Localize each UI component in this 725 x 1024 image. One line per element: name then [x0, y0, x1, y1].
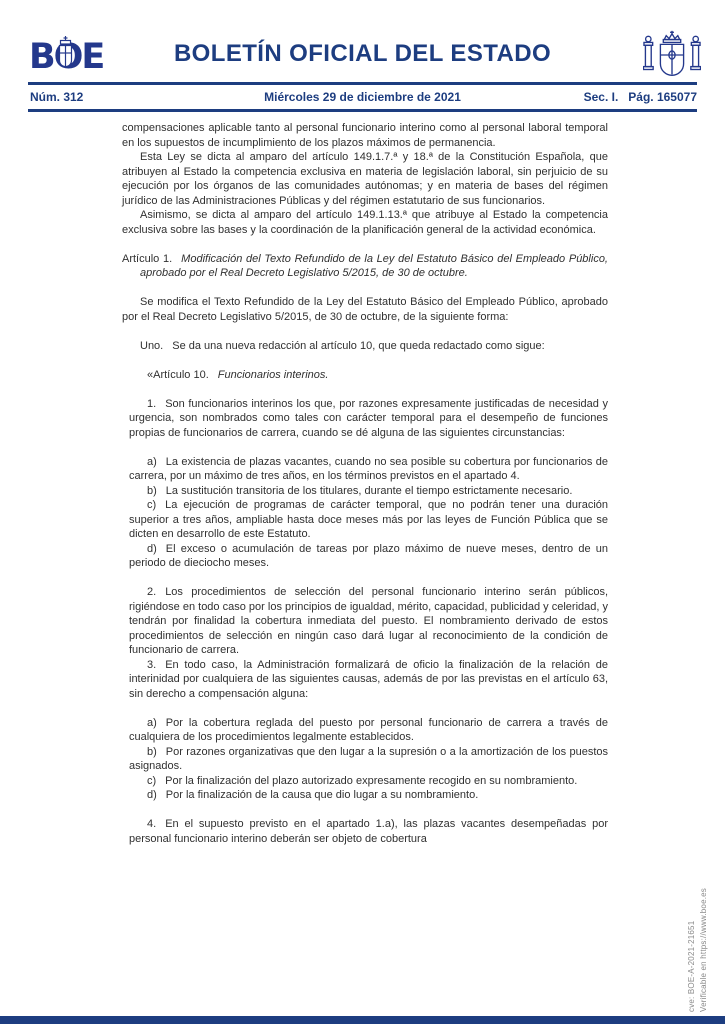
paragraph-text: En el supuesto previsto en el apartado 1… [129, 818, 608, 845]
paragraph-label: Uno. [140, 340, 163, 352]
paragraph-text: El exceso o acumulación de tareas por pl… [129, 543, 608, 570]
paragraph-text: En todo caso, la Administración formaliz… [129, 659, 608, 700]
document-body: compensaciones aplicable tanto al person… [122, 121, 608, 846]
boe-document-page: BOE BOLETÍN OFICIAL DEL ESTADO [0, 0, 725, 1024]
paragraph-label: b) [147, 485, 157, 497]
header-rule-bottom [28, 109, 697, 112]
paragraph: 2.Los procedimientos de selección del pe… [129, 585, 608, 658]
paragraph: Se modifica el Texto Refundido de la Ley… [122, 295, 608, 324]
paragraph: d)Por la finalización de la causa que di… [129, 788, 608, 803]
paragraph-text: Son funcionarios interinos los que, por … [129, 398, 608, 439]
masthead-title: BOLETÍN OFICIAL DEL ESTADO [28, 40, 697, 68]
paragraph-label: «Artículo 10. [147, 369, 209, 381]
paragraph: c)Por la finalización del plazo autoriza… [129, 774, 608, 789]
spain-coat-of-arms-icon [643, 30, 701, 80]
paragraph: a)Por la cobertura reglada del puesto po… [129, 716, 608, 745]
paragraph-label: 1. [147, 398, 156, 410]
main-paragraphs: compensaciones aplicable tanto al person… [122, 121, 608, 353]
paragraph-label: b) [147, 746, 157, 758]
paragraph-label: c) [147, 775, 156, 787]
section-page: Sec. I.Pág. 165077 [584, 90, 697, 104]
paragraph-label: c) [147, 499, 156, 511]
cve-sidebar: cve: BOE-A-2021-21651 Verificable en htt… [686, 822, 712, 1012]
paragraph: 1.Son funcionarios interinos los que, po… [129, 397, 608, 441]
quoted-article-block: «Artículo 10.Funcionarios interinos.1.So… [129, 368, 608, 847]
cve-code: cve: BOE-A-2021-21651 [686, 822, 698, 1012]
paragraph-text: Por razones organizativas que den lugar … [129, 746, 608, 773]
paragraph: b)La sustitución transitoria de los titu… [129, 484, 608, 499]
paragraph: Artículo 1.Modificación del Texto Refund… [122, 252, 608, 281]
paragraph-text: La sustitución transitoria de los titula… [166, 485, 573, 497]
paragraph-text: Funcionarios interinos. [218, 369, 329, 381]
paragraph-text: Se da una nueva redacción al artículo 10… [172, 340, 544, 352]
paragraph-text: Asimismo, se dicta al amparo del artícul… [122, 209, 608, 236]
page-number: Pág. 165077 [628, 90, 697, 104]
paragraph: b)Por razones organizativas que den luga… [129, 745, 608, 774]
paragraph-text: Esta Ley se dicta al amparo del artículo… [122, 151, 608, 207]
header-info-row: Núm. 312 Miércoles 29 de diciembre de 20… [28, 88, 697, 108]
paragraph-text: Modificación del Texto Refundido de la L… [140, 253, 608, 280]
paragraph-text: Por la cobertura reglada del puesto por … [129, 717, 608, 744]
paragraph: 4.En el supuesto previsto en el apartado… [129, 817, 608, 846]
paragraph-text: Por la finalización del plazo autorizado… [165, 775, 577, 787]
paragraph-label: a) [147, 717, 157, 729]
paragraph: «Artículo 10.Funcionarios interinos. [129, 368, 608, 383]
paragraph-text: Los procedimientos de selección del pers… [129, 586, 608, 656]
paragraph: c)La ejecución de programas de carácter … [129, 498, 608, 542]
section-label: Sec. I. [584, 90, 619, 104]
paragraph-label: 2. [147, 586, 156, 598]
paragraph: Uno.Se da una nueva redacción al artícul… [122, 339, 608, 354]
paragraph-label: a) [147, 456, 157, 468]
paragraph-text: La existencia de plazas vacantes, cuando… [129, 456, 608, 483]
paragraph: Asimismo, se dicta al amparo del artícul… [122, 208, 608, 237]
paragraph: d)El exceso o acumulación de tareas por … [129, 542, 608, 571]
paragraph: Esta Ley se dicta al amparo del artículo… [122, 150, 608, 208]
paragraph-text: La ejecución de programas de carácter te… [129, 499, 608, 540]
paragraph-label: d) [147, 543, 157, 555]
paragraph: 3.En todo caso, la Administración formal… [129, 658, 608, 702]
paragraph-label: 3. [147, 659, 156, 671]
header-rule-top [28, 82, 697, 85]
paragraph: compensaciones aplicable tanto al person… [122, 121, 608, 150]
paragraph: a)La existencia de plazas vacantes, cuan… [129, 455, 608, 484]
verify-url: Verificable en https://www.boe.es [698, 822, 710, 1012]
paragraph-text: Por la finalización de la causa que dio … [166, 789, 478, 801]
footer-bar [0, 1016, 725, 1024]
paragraph-label: Artículo 1. [122, 253, 172, 265]
paragraph-label: d) [147, 789, 157, 801]
paragraph-text: compensaciones aplicable tanto al person… [122, 122, 608, 149]
paragraph-text: Se modifica el Texto Refundido de la Ley… [122, 296, 608, 323]
paragraph-label: 4. [147, 818, 156, 830]
